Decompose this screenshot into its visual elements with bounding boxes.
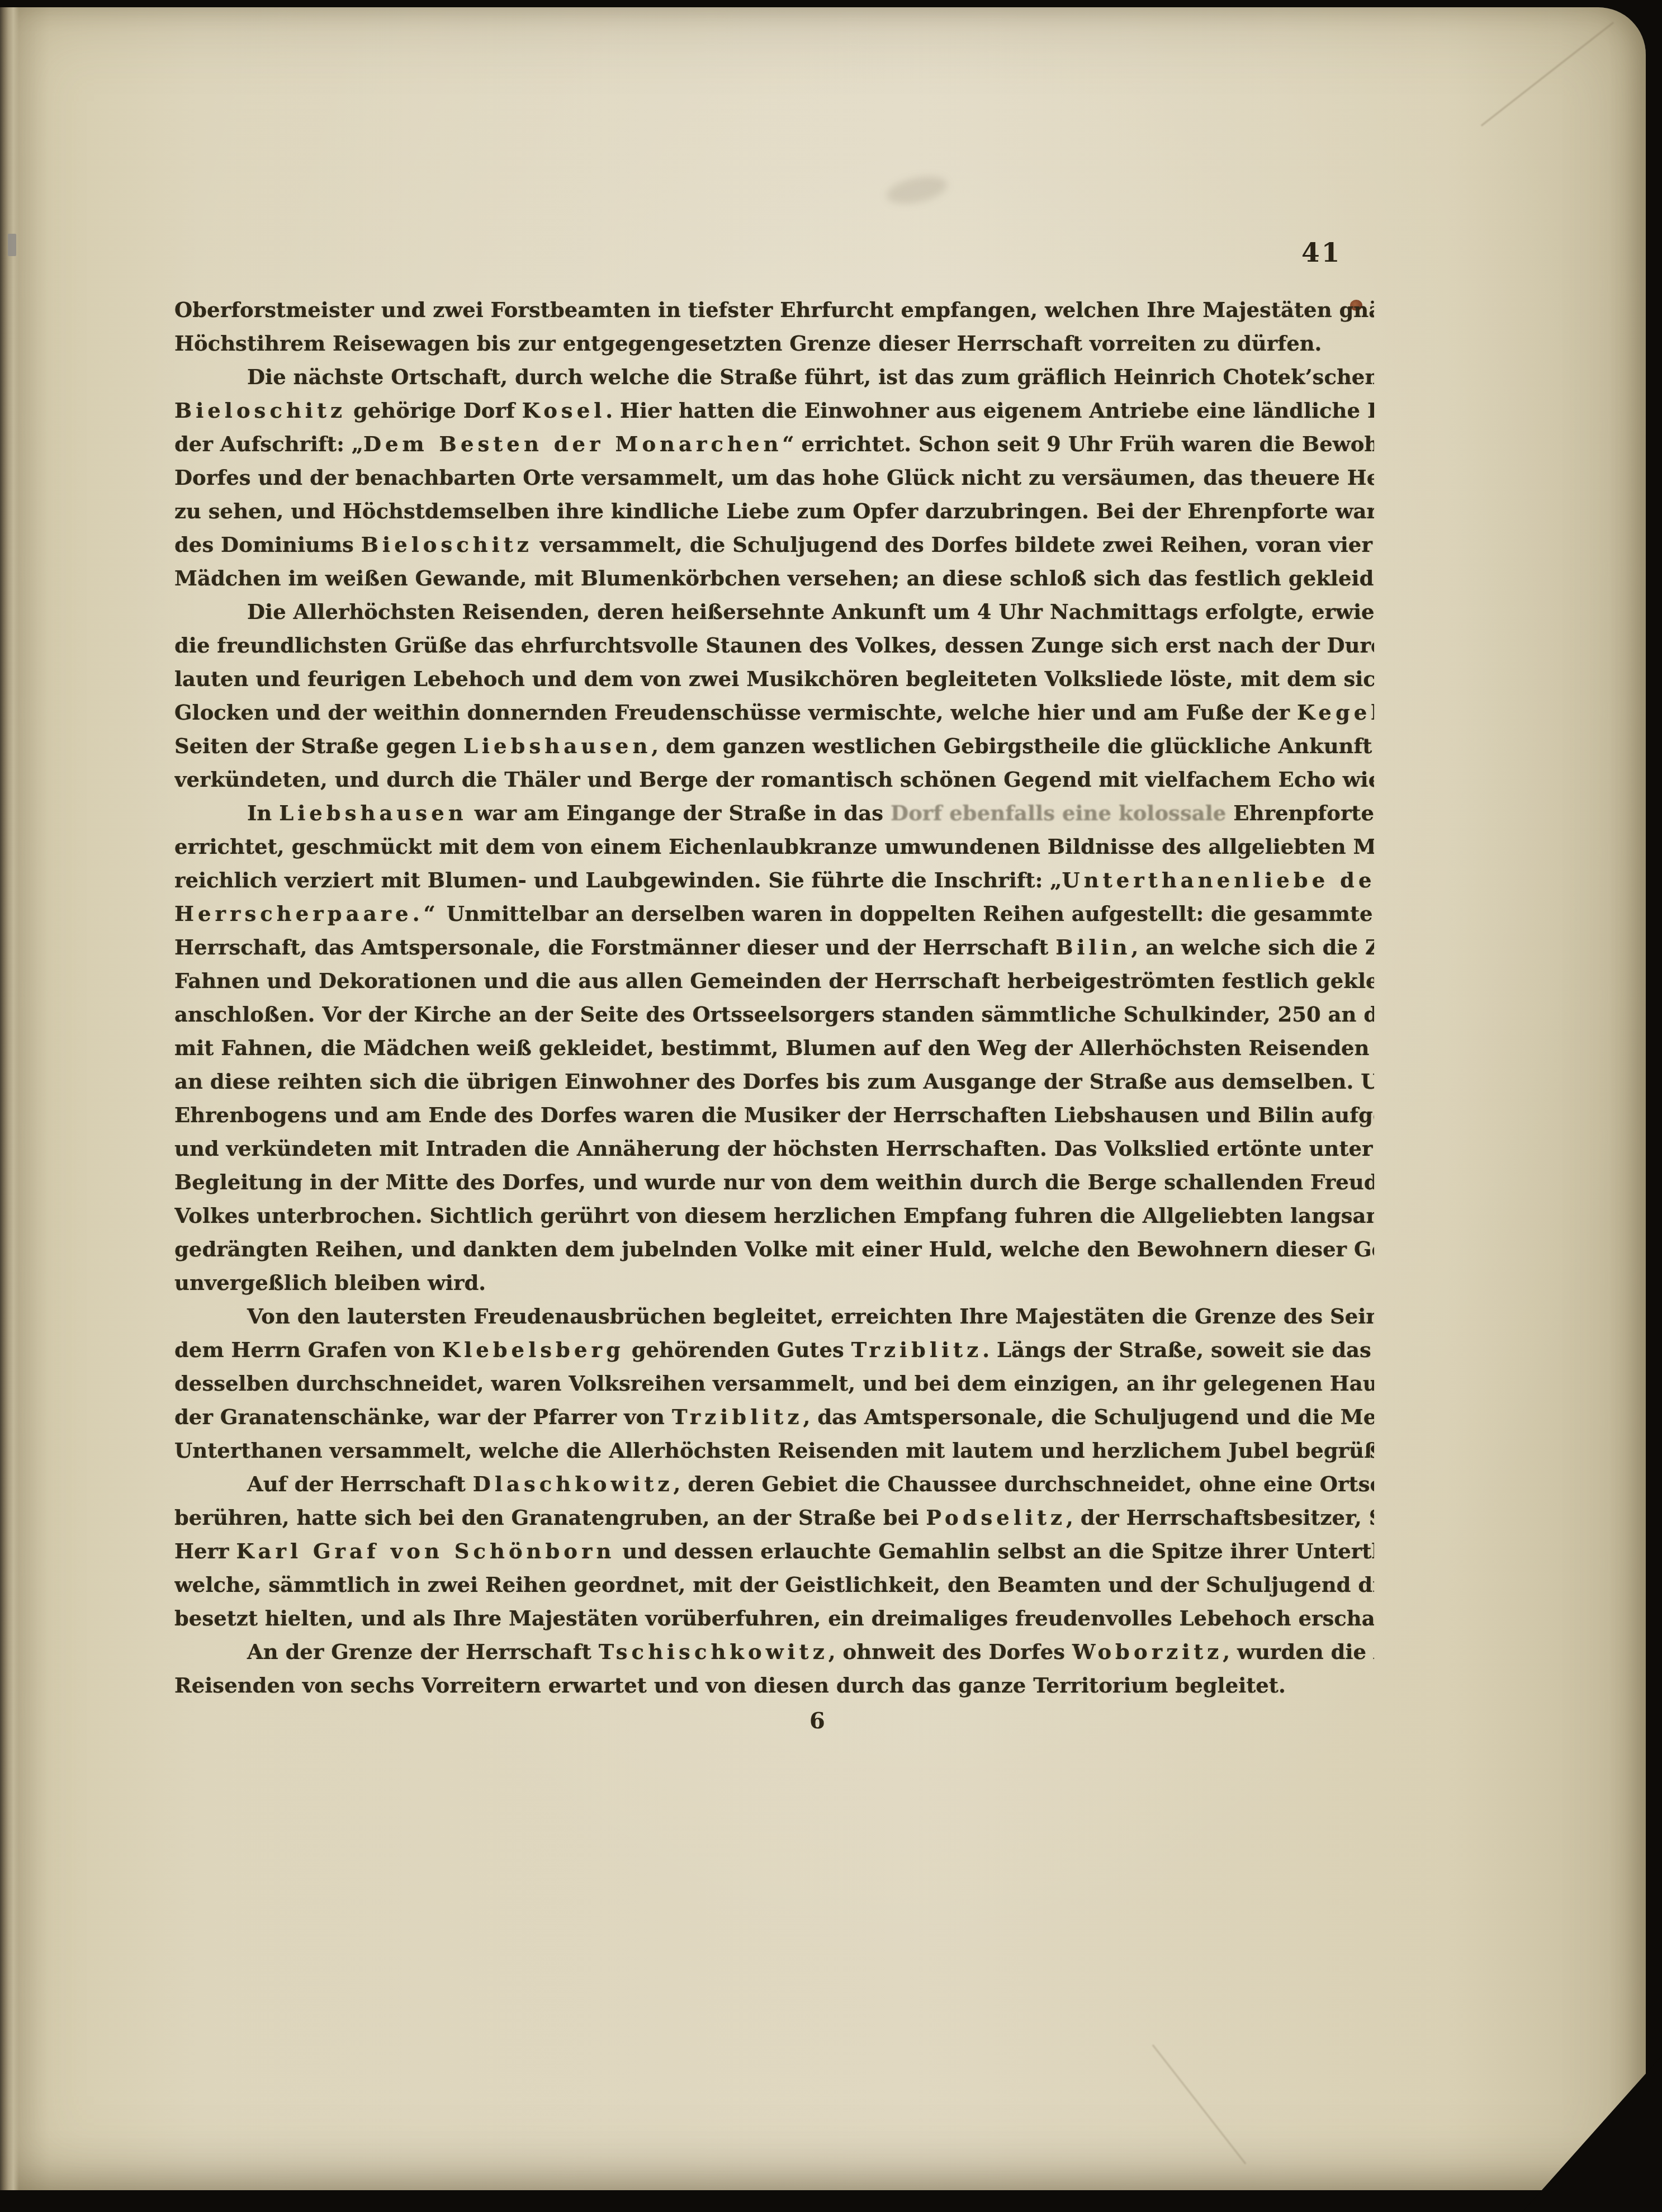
letterspaced-text: Liebshausen bbox=[279, 801, 467, 825]
letterspaced-text: Bilin bbox=[1055, 935, 1131, 960]
body-text: Mädchen im weißen Gewande, mit Blumenkör… bbox=[174, 566, 1374, 590]
body-text: reichlich verziert mit Blumen- und Laubg… bbox=[174, 868, 1062, 892]
text-line: welche, sämmtlich in zwei Reihen geordne… bbox=[174, 1568, 1374, 1601]
body-text: besetzt hielten, und als Ihre Majestäten… bbox=[174, 1606, 1374, 1630]
text-line: Dorfes und der benachbarten Orte versamm… bbox=[174, 461, 1374, 494]
body-text: Unmittelbar an derselben waren in doppel… bbox=[439, 901, 1374, 926]
text-line: die freundlichsten Grüße das ehrfurchtsv… bbox=[174, 628, 1374, 662]
body-text: An der Grenze der Herrschaft bbox=[247, 1639, 599, 1664]
text-line: Herr Karl Graf von Schönborn und dessen … bbox=[174, 1534, 1374, 1568]
body-text: der Aufschrift: „ bbox=[174, 432, 363, 456]
letterspaced-text: Trziblitz bbox=[672, 1405, 803, 1429]
body-text: anschloßen. Vor der Kirche an der Seite … bbox=[174, 1002, 1374, 1027]
text-line: Fahnen und Dekorationen und die aus alle… bbox=[174, 964, 1374, 998]
text-line: desselben durchschneidet, waren Volksrei… bbox=[174, 1367, 1374, 1400]
text-line: des Dominiums Bieloschitz versammelt, di… bbox=[174, 528, 1374, 561]
text-line: mit Fahnen, die Mädchen weiß gekleidet, … bbox=[174, 1031, 1374, 1065]
body-text: der Granatenschänke, war der Pfarrer von bbox=[174, 1405, 672, 1429]
letterspaced-text: Dem Besten der Monarchen bbox=[363, 432, 782, 456]
body-text: Reisenden von sechs Vorreitern erwartet … bbox=[174, 1673, 1286, 1698]
body-text: Die nächste Ortschaft, durch welche die … bbox=[247, 365, 1374, 389]
body-text: Von den lautersten Freudenausbrüchen beg… bbox=[247, 1304, 1374, 1329]
paragraph: In Liebshausen war am Eingange der Straß… bbox=[174, 796, 1374, 1299]
text-block: Oberforstmeister und zwei Forstbeamten i… bbox=[174, 293, 1374, 1702]
body-text: unvergeßlich bleiben wird. bbox=[174, 1270, 486, 1295]
text-line: an diese reihten sich die übrigen Einwoh… bbox=[174, 1065, 1374, 1098]
body-text: Volkes unterbrochen. Sichtlich gerührt v… bbox=[174, 1203, 1374, 1228]
page-number: 41 bbox=[1301, 238, 1341, 268]
body-text: Auf der Herrschaft bbox=[247, 1472, 473, 1496]
body-text: , das Amtspersonale, die Schuljugend und… bbox=[803, 1405, 1374, 1429]
text-line: Reisenden von sechs Vorreitern erwartet … bbox=[174, 1669, 1374, 1702]
body-text: Oberforstmeister und zwei Forstbeamten i… bbox=[174, 297, 1374, 322]
text-line: lauten und feurigen Lebehoch und dem von… bbox=[174, 662, 1374, 696]
body-text: Unterthanen versammelt, welche die Aller… bbox=[174, 1438, 1374, 1463]
text-line: der Aufschrift: „Dem Besten der Monarche… bbox=[174, 427, 1374, 461]
letterspaced-text: Bieloschitz bbox=[361, 532, 533, 557]
body-text: Höchstihrem Reisewagen bis zur entgegeng… bbox=[174, 331, 1322, 356]
letterspaced-text: Bieloschitz bbox=[174, 398, 346, 423]
body-text: , der Herrschaftsbesitzer, Seine Erlauch… bbox=[1066, 1505, 1374, 1530]
paragraph: Die nächste Ortschaft, durch welche die … bbox=[174, 360, 1374, 595]
letterspaced-text: Woborzitz bbox=[1072, 1639, 1223, 1664]
body-text: verkündeten, und durch die Thäler und Be… bbox=[174, 767, 1374, 792]
faded-text: Dorf ebenfalls eine kolossale bbox=[891, 801, 1226, 825]
letterspaced-text: Kosel bbox=[522, 398, 605, 423]
body-text: errichtet, geschmückt mit dem von einem … bbox=[174, 834, 1374, 859]
body-text: gehörige Dorf bbox=[346, 398, 522, 423]
text-line: Herrschaft, das Amtspersonale, die Forst… bbox=[174, 930, 1374, 964]
body-text: In bbox=[247, 801, 279, 825]
text-line: Höchstihrem Reisewagen bis zur entgegeng… bbox=[174, 327, 1374, 360]
paragraph: Oberforstmeister und zwei Forstbeamten i… bbox=[174, 293, 1374, 360]
letterspaced-text: Klebelsberg bbox=[442, 1337, 624, 1362]
signature-mark: 6 bbox=[809, 1708, 825, 1734]
letterspaced-text: Karl Graf von Schönborn bbox=[236, 1539, 615, 1563]
text-line: Mädchen im weißen Gewande, mit Blumenkör… bbox=[174, 561, 1374, 595]
paragraph: Von den lautersten Freudenausbrüchen beg… bbox=[174, 1299, 1374, 1467]
body-text: Dorfes und der benachbarten Orte versamm… bbox=[174, 465, 1374, 490]
text-line: Ehrenbogens und am Ende des Dorfes waren… bbox=[174, 1098, 1374, 1132]
text-line: Die Allerhöchsten Reisenden, deren heiße… bbox=[174, 595, 1374, 628]
letterspaced-text: Podselitz bbox=[926, 1505, 1066, 1530]
body-text: “ errichtet. Schon seit 9 Uhr Früh waren… bbox=[782, 432, 1374, 456]
text-line: Auf der Herrschaft Dlaschkowitz, deren G… bbox=[174, 1467, 1374, 1501]
text-line: der Granatenschänke, war der Pfarrer von… bbox=[174, 1400, 1374, 1434]
body-text: Seiten der Straße gegen bbox=[174, 734, 463, 758]
paragraph: Die Allerhöchsten Reisenden, deren heiße… bbox=[174, 595, 1374, 796]
text-line: Begleitung in der Mitte des Dorfes, und … bbox=[174, 1165, 1374, 1199]
body-text: , deren Gebiet die Chaussee durchschneid… bbox=[674, 1472, 1374, 1496]
text-line: Herrscherpaare.“ Unmittelbar an derselbe… bbox=[174, 897, 1374, 930]
body-text: gehörenden Gutes bbox=[624, 1337, 851, 1362]
letterspaced-text: Liebshausen bbox=[463, 734, 651, 758]
text-line: Bieloschitz gehörige Dorf Kosel. Hier ha… bbox=[174, 394, 1374, 427]
body-text: , an welche sich die Zünfte mit ihren bbox=[1131, 935, 1374, 960]
body-text: , dem ganzen westlichen Gebirgstheile di… bbox=[651, 734, 1374, 758]
text-line: zu sehen, und Höchstdemselben ihre kindl… bbox=[174, 494, 1374, 528]
letterspaced-text: Tschischkowitz bbox=[599, 1639, 828, 1664]
body-text: dem Herrn Grafen von bbox=[174, 1337, 442, 1362]
text-line: berühren, hatte sich bei den Granatengru… bbox=[174, 1501, 1374, 1534]
scanned-book-page: { "page": { "number": "41", "signature":… bbox=[0, 0, 1662, 2212]
body-text: mit Fahnen, die Mädchen weiß gekleidet, … bbox=[174, 1036, 1374, 1060]
text-line: Die nächste Ortschaft, durch welche die … bbox=[174, 360, 1374, 394]
text-line: Seiten der Straße gegen Liebshausen, dem… bbox=[174, 729, 1374, 763]
body-text: gedrängten Reihen, und dankten dem jubel… bbox=[174, 1237, 1374, 1261]
text-line: Unterthanen versammelt, welche die Aller… bbox=[174, 1434, 1374, 1467]
text-line: anschloßen. Vor der Kirche an der Seite … bbox=[174, 998, 1374, 1031]
body-text: an diese reihten sich die übrigen Einwoh… bbox=[174, 1069, 1374, 1094]
letterspaced-text: Kegelberge bbox=[1297, 700, 1374, 725]
text-line: verkündeten, und durch die Thäler und Be… bbox=[174, 763, 1374, 796]
body-text: welche, sämmtlich in zwei Reihen geordne… bbox=[174, 1572, 1374, 1597]
body-text: . Hier hatten die Einwohner aus eigenem … bbox=[605, 398, 1374, 423]
text-line: besetzt hielten, und als Ihre Majestäten… bbox=[174, 1601, 1374, 1635]
text-line: An der Grenze der Herrschaft Tschischkow… bbox=[174, 1635, 1374, 1669]
edge-mark bbox=[8, 234, 16, 256]
text-line: reichlich verziert mit Blumen- und Laubg… bbox=[174, 863, 1374, 897]
body-text: Herrschaft, das Amtspersonale, die Forst… bbox=[174, 935, 1055, 960]
body-text: war am Eingange der Straße in das bbox=[467, 801, 891, 825]
binding-gutter-shadow bbox=[0, 7, 19, 2190]
text-line: unvergeßlich bleiben wird. bbox=[174, 1266, 1374, 1299]
text-line: Glocken und der weithin donnernden Freud… bbox=[174, 696, 1374, 729]
body-text: Fahnen und Dekorationen und die aus alle… bbox=[174, 968, 1374, 993]
body-text: berühren, hatte sich bei den Granatengru… bbox=[174, 1505, 926, 1530]
body-text: Herr bbox=[174, 1539, 236, 1563]
body-text: des Dominiums bbox=[174, 532, 361, 557]
body-text: Glocken und der weithin donnernden Freud… bbox=[174, 700, 1297, 725]
body-text: versammelt, die Schuljugend des Dorfes b… bbox=[533, 532, 1374, 557]
letterspaced-text: Trziblitz bbox=[851, 1337, 983, 1362]
body-text: . Längs der Straße, soweit sie das Gebie… bbox=[982, 1337, 1374, 1362]
letterspaced-text: Dlaschkowitz bbox=[473, 1472, 674, 1496]
corner-crease-top-right bbox=[1481, 22, 1614, 126]
body-text: zu sehen, und Höchstdemselben ihre kindl… bbox=[174, 499, 1374, 523]
text-line: und verkündeten mit Intraden die Annäher… bbox=[174, 1132, 1374, 1165]
text-line: Von den lautersten Freudenausbrüchen beg… bbox=[174, 1299, 1374, 1333]
body-text: Begleitung in der Mitte des Dorfes, und … bbox=[174, 1170, 1374, 1194]
paragraph: Auf der Herrschaft Dlaschkowitz, deren G… bbox=[174, 1467, 1374, 1635]
text-line: errichtet, geschmückt mit dem von einem … bbox=[174, 830, 1374, 863]
letterspaced-text: Unterthanenliebe dem besten bbox=[1062, 868, 1374, 892]
body-text: Die Allerhöchsten Reisenden, deren heiße… bbox=[247, 599, 1374, 624]
body-text: , wurden die Allerhöchsten bbox=[1223, 1639, 1374, 1664]
text-line: In Liebshausen war am Eingange der Straß… bbox=[174, 796, 1374, 830]
paragraph: An der Grenze der Herrschaft Tschischkow… bbox=[174, 1635, 1374, 1702]
body-text: desselben durchschneidet, waren Volksrei… bbox=[174, 1371, 1374, 1396]
text-line: Volkes unterbrochen. Sichtlich gerührt v… bbox=[174, 1199, 1374, 1232]
text-line: gedrängten Reihen, und dankten dem jubel… bbox=[174, 1232, 1374, 1266]
body-text: lauten und feurigen Lebehoch und dem von… bbox=[174, 667, 1374, 691]
body-text: Ehrenpforte bbox=[1226, 801, 1374, 825]
body-text: Ehrenbogens und am Ende des Dorfes waren… bbox=[174, 1103, 1374, 1127]
letterspaced-text: Herrscherpaare.“ bbox=[174, 901, 439, 926]
body-text: und verkündeten mit Intraden die Annäher… bbox=[174, 1136, 1374, 1161]
text-line: Oberforstmeister und zwei Forstbeamten i… bbox=[174, 293, 1374, 327]
text-line: dem Herrn Grafen von Klebelsberg gehören… bbox=[174, 1333, 1374, 1367]
body-text: und dessen erlauchte Gemahlin selbst an … bbox=[615, 1539, 1374, 1563]
body-text: die freundlichsten Grüße das ehrfurchtsv… bbox=[174, 633, 1374, 658]
body-text: , ohnweit des Dorfes bbox=[828, 1639, 1072, 1664]
